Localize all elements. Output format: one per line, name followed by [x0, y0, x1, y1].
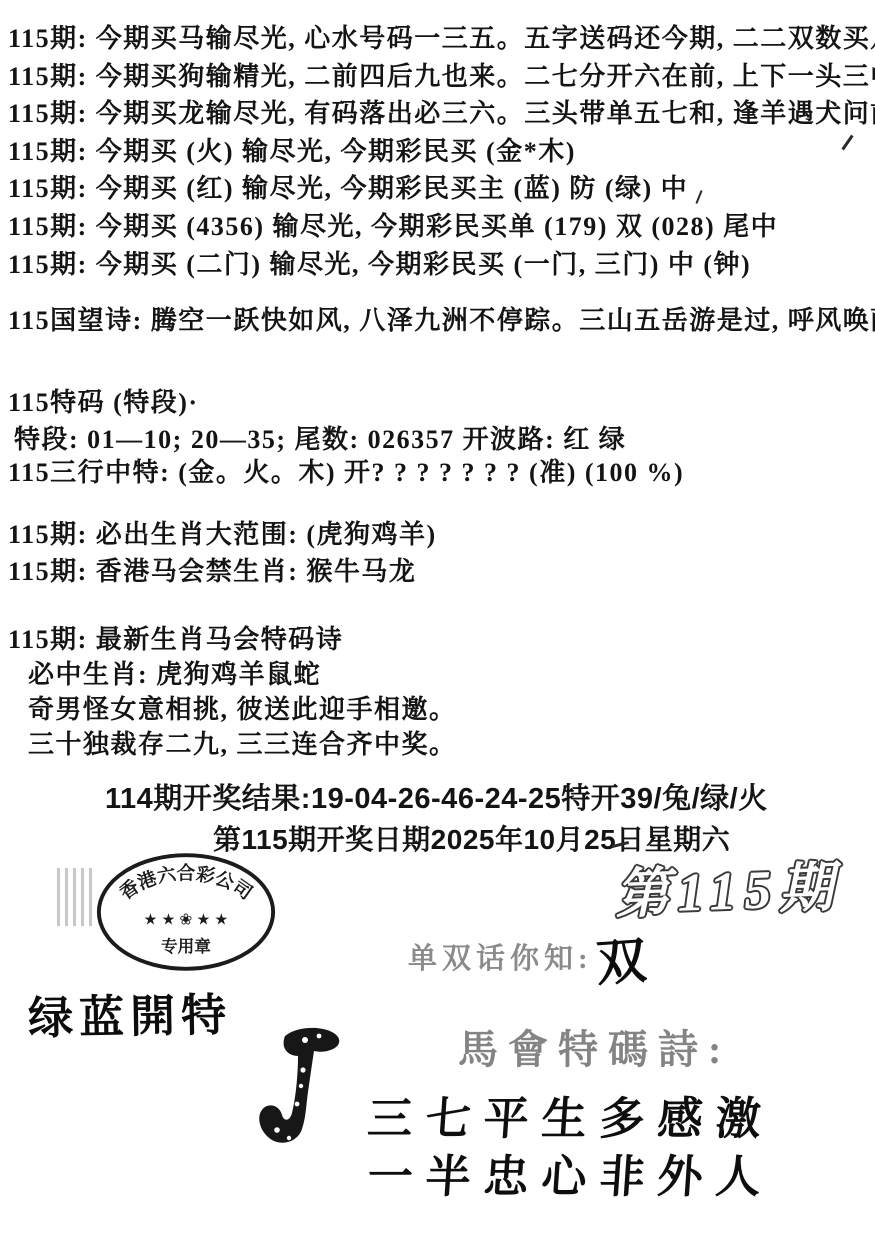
brush-poem-line-1: 三七平生多感激 [366, 1082, 777, 1147]
ink-blot [253, 1022, 365, 1174]
odd-even-hint-label: 单双话你知: [408, 936, 593, 977]
handwritten-period-mark: 第115期 [614, 844, 843, 929]
svg-text:香港六合彩公司: 香港六合彩公司 [116, 863, 256, 904]
tema-sanxing-line: 115三行中特: (金。火。木) 开? ? ? ? ? ? ? (准) (100… [8, 452, 684, 489]
last-draw-result: 114期开奖结果:19-04-26-46-24-25特开39/兔/绿/火 [105, 776, 768, 817]
zodiac-range-line: 115期: 必出生肖大范围: (虎狗鸡羊) [8, 514, 437, 551]
ink-smudge [57, 868, 93, 926]
tip-lines-block: 115期: 今期买马输尽光, 心水号码一三五。五字送码还今期, 二二双数买八尾。… [8, 20, 875, 283]
company-seal-stamp: 香港六合彩公司 ★ ★ ❀ ★ ★ 专用章 [93, 850, 279, 974]
tip-line-1: 115期: 今期买马输尽光, 心水号码一三五。五字送码还今期, 二二双数买八尾。 [8, 20, 875, 58]
lottery-tip-sheet: 115期: 今期买马输尽光, 心水号码一三五。五字送码还今期, 二二双数买八尾。… [0, 0, 875, 1238]
tip-line-7: 115期: 今期买 (二门) 输尽光, 今期彩民买 (一门, 三门) 中 (钟) [8, 246, 875, 284]
seal-stars-row: ★ ★ ❀ ★ ★ [144, 912, 229, 929]
odd-even-hint-value: 双 [594, 920, 649, 995]
green-blue-special-mark: 绿蓝開特 [27, 978, 232, 1047]
shige-line-1: 必中生肖: 虎狗鸡羊鼠蛇 [28, 654, 321, 691]
mahui-poem-title: 馬會特碼詩: [458, 1018, 731, 1075]
seal-arc-text: 香港六合彩公司 [116, 863, 256, 904]
seal-bottom-text: 专用章 [161, 936, 211, 956]
brush-poem-line-2: 一半忠心非外人 [366, 1140, 777, 1205]
tip-line-3: 115期: 今期买龙输尽光, 有码落出必三六。三头带单五七和, 逢羊遇犬问前途。 [8, 95, 875, 133]
tip-line-4: 115期: 今期买 (火) 输尽光, 今期彩民买 (金*木) [8, 133, 875, 171]
zodiac-banned-line: 115期: 香港马会禁生肖: 猴牛马龙 [8, 551, 416, 588]
shige-line-3: 三十独裁存二九, 三三连合齐中奖。 [28, 724, 457, 761]
shige-title: 115期: 最新生肖马会特码诗 [8, 619, 343, 656]
tema-title: 115特码 (特段)· [8, 382, 199, 419]
tip-line-6: 115期: 今期买 (4356) 输尽光, 今期彩民买单 (179) 双 (02… [8, 208, 875, 246]
tip-line-5: 115期: 今期买 (红) 输尽光, 今期彩民买主 (蓝) 防 (绿) 中 [8, 170, 875, 208]
shige-line-2: 奇男怪女意相挑, 彼送此迎手相邀。 [28, 689, 457, 726]
tema-segment-line: 特段: 01—10; 20—35; 尾数: 026357 开波路: 红 绿 [14, 419, 626, 456]
tip-line-2: 115期: 今期买狗输精光, 二前四后九也来。二七分开六在前, 上下一头三中二。 [8, 58, 875, 96]
guowang-poem-line: 115国望诗: 腾空一跃快如风, 八泽九洲不停踪。三山五岳游是过, 呼风唤雨扫妖… [8, 300, 875, 337]
